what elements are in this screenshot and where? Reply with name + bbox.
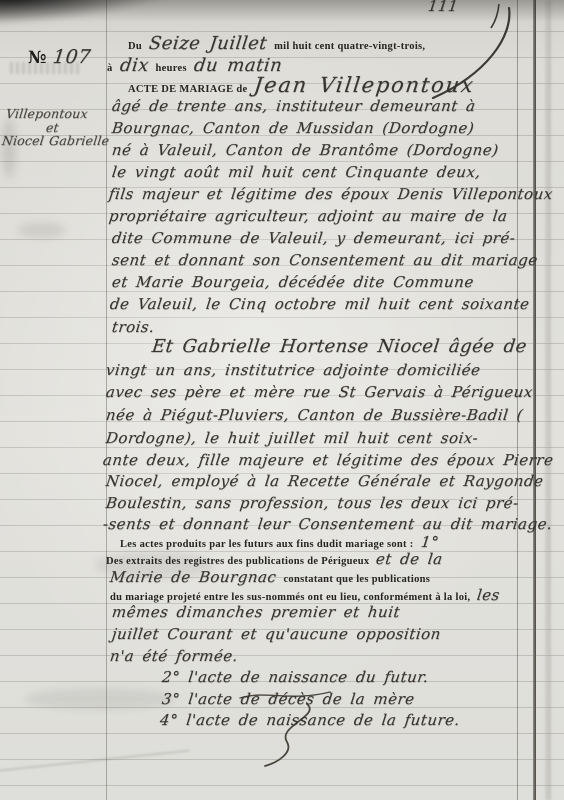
printed-form-text: Du [128, 41, 142, 52]
handwritten-text: 1° [419, 533, 439, 551]
handwritten-text: et de la [375, 550, 444, 568]
document-line: DuSeize Juilletmil huit cent quatre-ving… [128, 33, 425, 54]
handwritten-text: âgé de trente ans, instituteur demeurant… [111, 97, 477, 115]
handwritten-text: Et Gabrielle Hortense Niocel âgée de [151, 336, 528, 357]
handwritten-text: 4° l'acte de naissance de la future. [159, 711, 461, 729]
handwritten-text: Bourgnac, Canton de Mussidan (Dordogne) [111, 119, 475, 137]
handwritten-text: 2° l'acte de naissance du futur. [161, 668, 430, 686]
printed-form-text: ACTE DE MARIAGE de [128, 84, 247, 95]
handwritten-text: Villepontoux [5, 106, 89, 121]
document-text-layer: №107111VillepontouxetNiocel GabrielleDuS… [0, 0, 564, 800]
handwritten-text: né à Valeuil, Canton de Brantôme (Dordog… [111, 141, 500, 159]
handwritten-text: née à Piégut-Pluviers, Canton de Bussièr… [105, 406, 524, 424]
handwritten-text: Mairie de Bourgnac [109, 568, 278, 586]
document-line: 3° l'acte de décès de la mère [162, 690, 415, 708]
handwritten-text: Seize Juillet [148, 33, 269, 54]
document-line: vingt un ans, institutrice adjointe domi… [106, 361, 481, 379]
document-line: le vingt août mil huit cent Cinquante de… [112, 163, 481, 181]
handwritten-text: sent et donnant son Consentement au dit … [111, 251, 539, 269]
handwritten-text: 111 [427, 0, 459, 15]
margin-name-bride: Niocel Gabrielle [2, 133, 109, 148]
handwritten-text: le vingt août mil huit cent Cinquante de… [111, 163, 482, 181]
page-number: 111 [428, 0, 458, 15]
document-line: de Valeuil, le Cinq octobre mil huit cen… [110, 295, 530, 313]
printed-form-text: à [107, 63, 113, 74]
handwritten-text: dite Commune de Valeuil, y demeurant, ic… [111, 229, 517, 247]
document-line: sent et donnant son Consentement au dit … [112, 251, 538, 269]
document-line: -sents et donnant leur Consentement au d… [103, 515, 552, 533]
handwritten-text: 107 [52, 46, 92, 68]
handwritten-text: propriétaire agriculteur, adjoint au mai… [108, 207, 509, 225]
document-line: n'a été formée. [110, 647, 238, 665]
handwritten-text: juillet Courant et qu'aucune opposition [111, 625, 442, 643]
act-title: ACTE DE MARIAGE deJean Villepontoux [128, 73, 475, 97]
handwritten-text: mêmes dimanches premier et huit [111, 603, 401, 621]
document-line: propriétaire agriculteur, adjoint au mai… [109, 207, 507, 225]
margin-name-groom: Villepontoux [6, 106, 88, 121]
handwritten-text: 3° l'acte de décès de la mère [161, 690, 416, 708]
handwritten-text: trois. [111, 318, 156, 336]
marriage-record-scan: №107111VillepontouxetNiocel GabrielleDuS… [0, 0, 564, 800]
document-line: né à Valeuil, Canton de Brantôme (Dordog… [112, 141, 499, 159]
printed-form-text: Les actes produits par les futurs aux fi… [120, 539, 414, 550]
handwritten-text: ante deux, fille majeure et légitime des… [102, 451, 555, 469]
document-line: et Marie Bourgeia, décédée dite Commune [112, 273, 474, 291]
handwritten-text: et Marie Bourgeia, décédée dite Commune [111, 273, 475, 291]
document-line: âgé de trente ans, instituteur demeurant… [112, 97, 476, 115]
document-line: du mariage projeté entre les sus-nommés … [110, 586, 500, 604]
act-number: №107 [28, 46, 91, 68]
document-line: juillet Courant et qu'aucune opposition [112, 625, 441, 643]
handwritten-text: n'a été formée. [109, 647, 239, 665]
printed-form-text: constatant que les publications [283, 574, 430, 585]
document-line: Bourgnac, Canton de Mussidan (Dordogne) [112, 119, 474, 137]
printed-form-text: Des extraits des registres des publicati… [106, 556, 369, 567]
printed-form-text: mil huit cent quatre-vingt-trois, [274, 41, 425, 52]
document-line: Mairie de Bourgnacconstatant que les pub… [110, 568, 430, 586]
document-line: 2° l'acte de naissance du futur. [162, 668, 429, 686]
document-line: fils majeur et légitime des époux Denis … [109, 185, 553, 203]
document-line: Les actes produits par les futurs aux fi… [120, 533, 439, 551]
handwritten-text: № [28, 48, 46, 68]
document-line: mêmes dimanches premier et huit [112, 603, 400, 621]
handwritten-text: les [476, 586, 501, 604]
document-line: 4° l'acte de naissance de la future. [160, 711, 460, 729]
handwritten-text: Jean Villepontoux [253, 73, 477, 97]
handwritten-text: Niocel, employé à la Recette Générale et… [105, 472, 545, 490]
handwritten-text: avec ses père et mère rue St Gervais à P… [105, 383, 534, 401]
document-line: ante deux, fille majeure et légitime des… [103, 451, 553, 469]
handwritten-text: -sents et donnant leur Consentement au d… [102, 515, 554, 533]
document-line: dite Commune de Valeuil, y demeurant, ic… [112, 229, 515, 247]
handwritten-text: fils majeur et légitime des époux Denis … [108, 185, 554, 203]
handwritten-text: Niocel Gabrielle [1, 133, 110, 148]
handwritten-text: Dordogne), le huit juillet mil huit cent… [105, 429, 479, 447]
handwritten-text: de Valeuil, le Cinq octobre mil huit cen… [109, 295, 531, 313]
document-line: Dordogne), le huit juillet mil huit cent… [106, 429, 478, 447]
document-line: Boulestin, sans profession, tous les deu… [106, 494, 519, 512]
handwritten-text: Boulestin, sans profession, tous les deu… [105, 494, 520, 512]
document-line: née à Piégut-Pluviers, Canton de Bussièr… [106, 406, 523, 424]
document-line: Des extraits des registres des publicati… [106, 550, 443, 568]
printed-form-text: du mariage projeté entre les sus-nommés … [110, 592, 470, 603]
document-line: Et Gabrielle Hortense Niocel âgée de [152, 336, 527, 357]
handwritten-text: vingt un ans, institutrice adjointe domi… [105, 361, 482, 379]
document-line: Niocel, employé à la Recette Générale et… [106, 472, 544, 490]
document-line: trois. [112, 318, 155, 336]
document-line: avec ses père et mère rue St Gervais à P… [106, 383, 533, 401]
